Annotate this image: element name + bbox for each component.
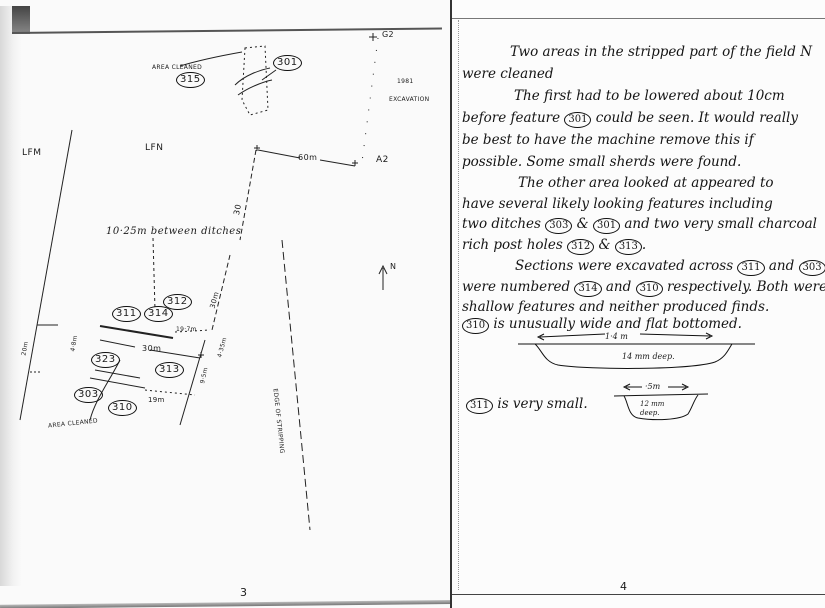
feature-310: 310 [108, 400, 137, 416]
top-edge-right [452, 18, 825, 19]
label-19-7m: 19·7m [176, 326, 197, 333]
feature-323: 323 [91, 352, 120, 368]
label-between-ditches: 10·25m between ditches [106, 226, 241, 237]
notes-line-8: have several likely looking features inc… [462, 196, 773, 212]
feature-315: 315 [176, 72, 205, 88]
label-60m: 60m [298, 153, 317, 162]
left-page: LFM LFN AREA CLEANED 315 301 G2 1981 EXC… [0, 0, 452, 608]
notes-line-12: were numbered 314 and 310 respectively. … [462, 279, 825, 297]
site-plan-sketch [0, 0, 452, 608]
feature-311: 311 [112, 306, 141, 322]
feature-313: 313 [155, 362, 184, 378]
label-excavation-year: 1981 [397, 78, 413, 85]
feature-312: 312 [163, 294, 192, 310]
feature-301: 301 [273, 55, 302, 71]
margin-dotted-line [458, 20, 459, 590]
bottom-edge-right [452, 594, 825, 595]
page-number-right: 4 [620, 580, 627, 593]
section-310-width: 1·4 m [605, 332, 628, 341]
label-north: N [390, 262, 396, 271]
section-311-width: ·5m [645, 382, 660, 391]
notes-line-6: possible. Some small sherds were found. [462, 154, 741, 170]
label-lfn: LFN [145, 143, 163, 153]
label-excavation: EXCAVATION [389, 96, 429, 103]
notes-line-11: Sections were excavated across 311 and 3… [515, 258, 825, 276]
notes-line-5: be best to have the machine remove this … [462, 132, 754, 148]
label-lfm: LFM [22, 148, 41, 158]
section-310-depth: 14 mm deep. [622, 352, 675, 361]
label-19m: 19m [148, 396, 165, 404]
label-area-cleaned-top: AREA CLEANED [152, 64, 202, 71]
notes-line-7: The other area looked at appeared to [518, 175, 774, 191]
page-number-left: 3 [240, 586, 247, 599]
section-311-depth-1: 12 mm [640, 400, 664, 408]
feature-ref-301: 301 [564, 112, 591, 128]
notes-line-2: were cleaned [462, 66, 554, 82]
label-a2: A2 [376, 155, 389, 165]
notes-line-311: 311 is very small. [466, 396, 588, 414]
notes-line-9: two ditches 303 & 301 and two very small… [462, 216, 817, 234]
feature-303: 303 [74, 387, 103, 403]
label-g2: G2 [382, 30, 394, 39]
notes-line-1: Two areas in the stripped part of the fi… [510, 44, 812, 60]
notes-line-4: before feature 301 could be seen. It wou… [462, 110, 798, 128]
notes-line-13: shallow features and neither produced fi… [462, 299, 769, 315]
notes-line-3: The first had to be lowered about 10cm [514, 88, 785, 104]
label-30m-mid: 30m [142, 344, 161, 353]
section-drawing-311 [610, 380, 720, 440]
notes-line-10: rich post holes 312 & 313. [462, 237, 646, 255]
section-311-depth-2: deep. [640, 409, 659, 417]
